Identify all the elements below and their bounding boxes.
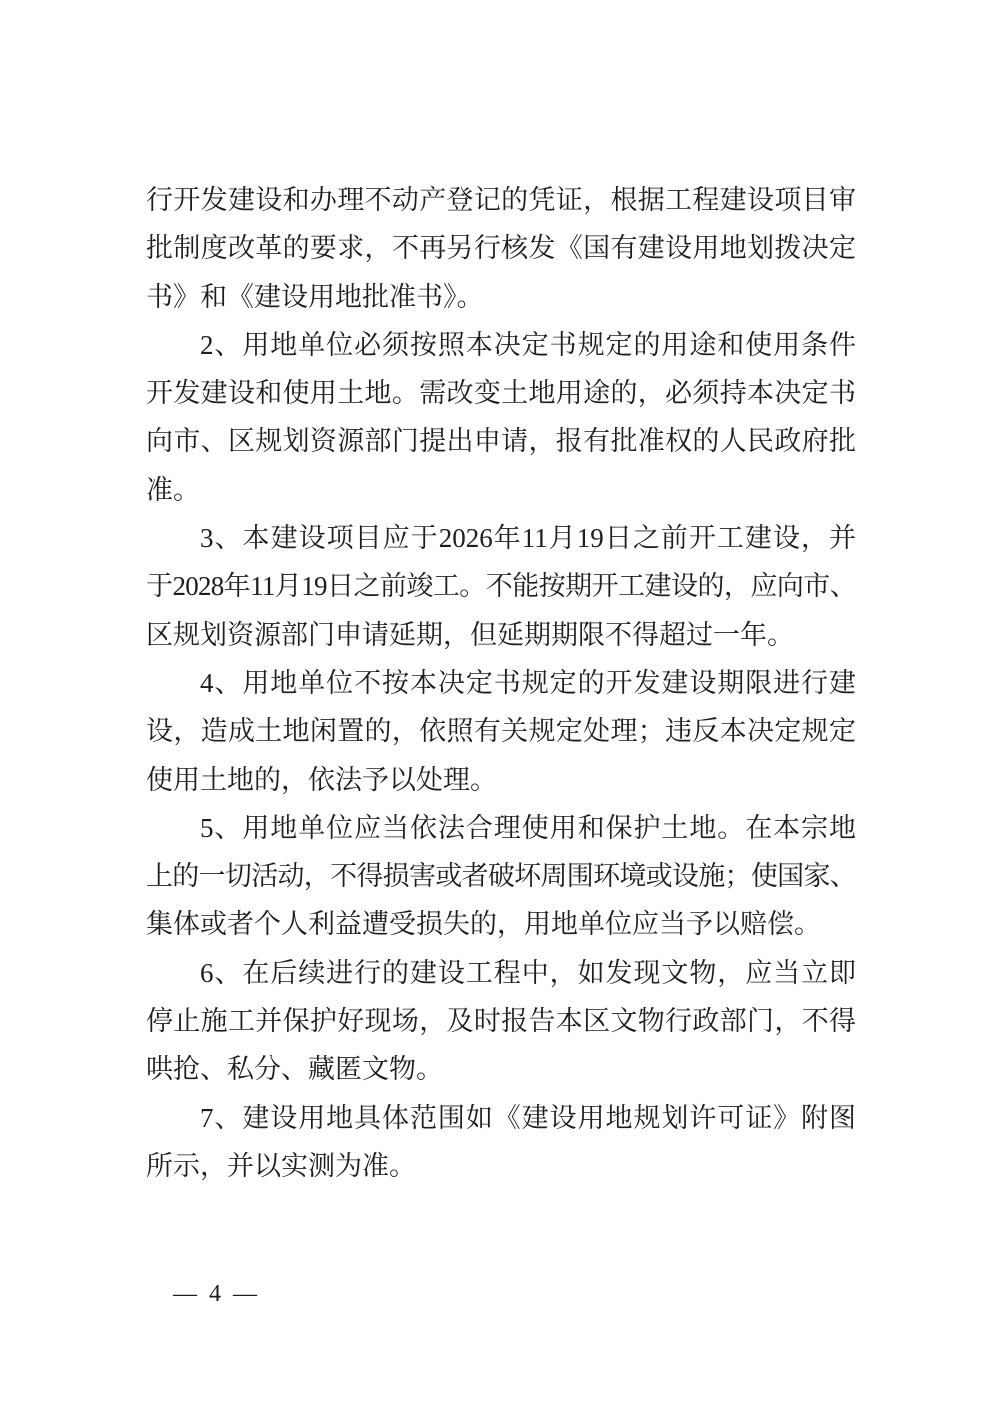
page-number: — 4 —	[173, 1281, 260, 1308]
text-line: 批制度改革的要求，不再另行核发《国有建设用地划拨决定	[146, 224, 856, 272]
text-line: 6、在后续进行的建设工程中，如发现文物，应当立即	[146, 949, 856, 997]
text-line: 上的一切活动，不得损害或者破坏周围环境或设施；使国家、	[146, 852, 856, 900]
text-line: 向市、区规划资源部门提出申请，报有批准权的人民政府批	[146, 417, 856, 465]
document-body: 行开发建设和办理不动产登记的凭证，根据工程建设项目审批制度改革的要求，不再另行核…	[146, 176, 856, 1190]
text-line: 书》和《建设用地批准书》。	[146, 273, 856, 321]
text-line: 哄抢、私分、藏匿文物。	[146, 1045, 856, 1093]
text-line: 准。	[146, 466, 856, 514]
text-line: 使用土地的，依法予以处理。	[146, 756, 856, 804]
text-line: 设，造成土地闲置的，依照有关规定处理；违反本决定规定	[146, 707, 856, 755]
text-line: 3、本建设项目应于2026年11月19日之前开工建设，并	[146, 514, 856, 562]
text-line: 4、用地单位不按本决定书规定的开发建设期限进行建	[146, 659, 856, 707]
text-line: 集体或者个人利益遭受损失的，用地单位应当予以赔偿。	[146, 900, 856, 948]
document-page: 行开发建设和办理不动产登记的凭证，根据工程建设项目审批制度改革的要求，不再另行核…	[0, 0, 992, 1403]
text-line: 行开发建设和办理不动产登记的凭证，根据工程建设项目审	[146, 176, 856, 224]
text-line: 5、用地单位应当依法合理使用和保护土地。在本宗地	[146, 804, 856, 852]
text-line: 开发建设和使用土地。需改变土地用途的，必须持本决定书	[146, 369, 856, 417]
text-line: 2、用地单位必须按照本决定书规定的用途和使用条件	[146, 321, 856, 369]
text-line: 区规划资源部门申请延期，但延期期限不得超过一年。	[146, 611, 856, 659]
text-line: 所示，并以实测为准。	[146, 1142, 856, 1190]
text-line: 7、建设用地具体范围如《建设用地规划许可证》附图	[146, 1094, 856, 1142]
text-line: 停止施工并保护好现场，及时报告本区文物行政部门，不得	[146, 997, 856, 1045]
text-line: 于2028年11月19日之前竣工。不能按期开工建设的，应向市、	[146, 562, 856, 610]
